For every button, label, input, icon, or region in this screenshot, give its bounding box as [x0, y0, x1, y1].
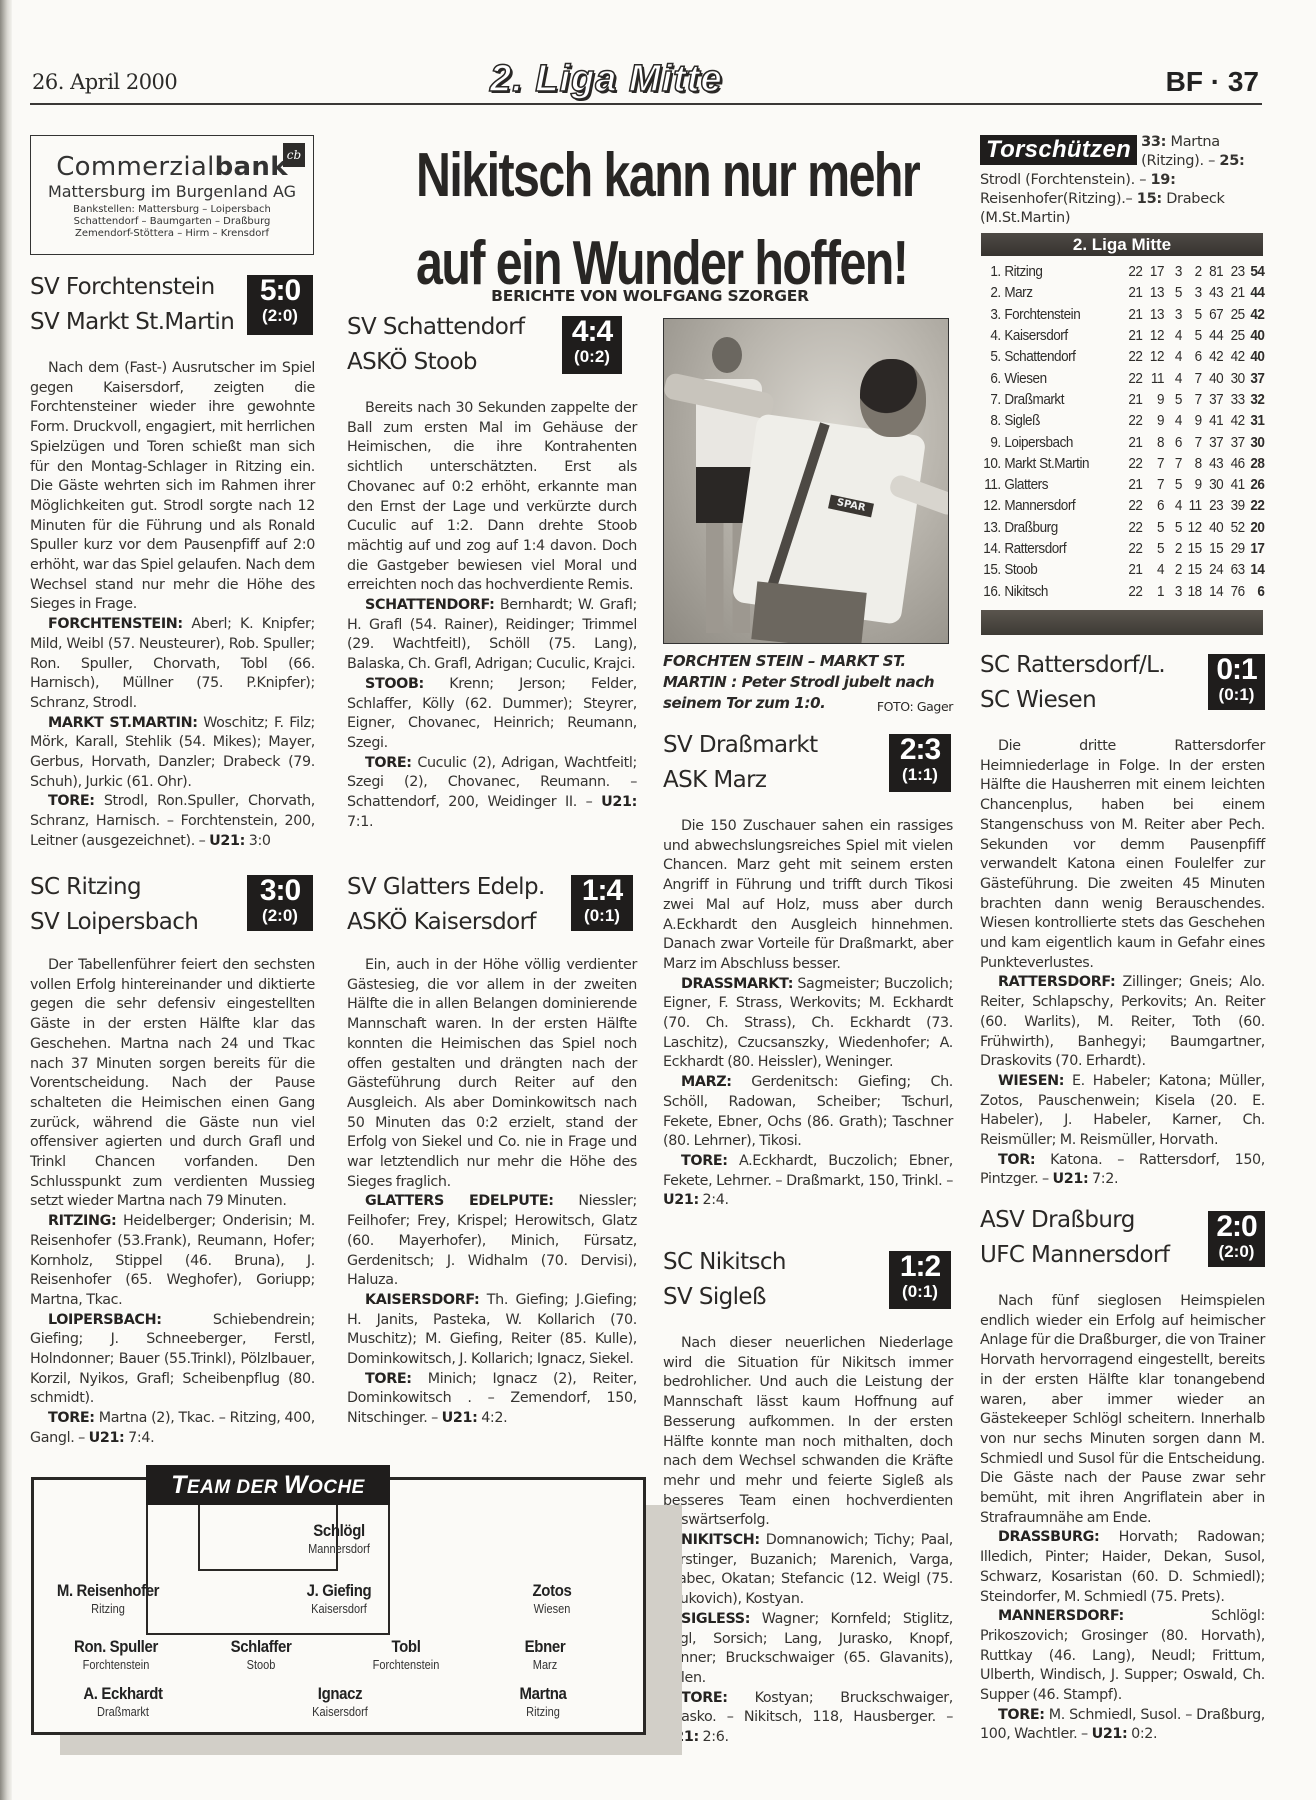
standings-cell-d: 4: [1164, 327, 1182, 344]
standings-cell-pts: 17: [1245, 540, 1265, 557]
table-row: 5.Schattendorf221246424240: [981, 346, 1265, 367]
match-report: Nach fünf sieglosen Heimspielen endlich …: [980, 1292, 1265, 1745]
standings-cell-gp: 22: [1121, 455, 1143, 472]
sponsor-name: Commerzialbank: [31, 152, 313, 182]
standings-cell-gp: 21: [1121, 306, 1143, 323]
standings-cell-ga: 39: [1223, 497, 1245, 514]
standings-cell-gp: 22: [1121, 583, 1143, 600]
standings-cell-d: 2: [1164, 540, 1182, 557]
standings-cell-gf: 14: [1202, 583, 1224, 600]
player-midfielder: EbnerMarz: [465, 1636, 625, 1674]
standings-cell-team: Forchtenstein: [1001, 306, 1121, 323]
standings-cell-pos: 5.: [981, 348, 1001, 365]
standings-cell-ga: 30: [1223, 370, 1245, 387]
standings-cell-gp: 21: [1121, 327, 1143, 344]
score-box: 3:0(2:0): [247, 875, 313, 931]
standings-cell-gf: 43: [1202, 455, 1224, 472]
byline: BERICHTE VON WOLFGANG SZORGER: [350, 287, 950, 305]
standings-cell-team: Nikitsch: [1001, 583, 1121, 600]
standings-title: 2. Liga Mitte: [981, 233, 1263, 256]
standings-cell-l: 18: [1182, 583, 1202, 600]
standings-cell-ga: 42: [1223, 412, 1245, 429]
standings-cell-gf: 37: [1202, 391, 1224, 408]
table-row: 2.Marz211353432144: [981, 282, 1265, 303]
standings-cell-team: Ritzing: [1001, 263, 1121, 280]
standings-cell-gf: 41: [1202, 412, 1224, 429]
standings-cell-d: 6: [1164, 434, 1182, 451]
standings-cell-ga: 41: [1223, 476, 1245, 493]
match-report: Bereits nach 30 Sekunden zappelte der Ba…: [347, 399, 637, 832]
standings-cell-ga: 33: [1223, 391, 1245, 408]
team-of-week-title: TEAM DER WOCHE: [146, 1465, 390, 1505]
standings-cell-d: 4: [1164, 348, 1182, 365]
match-photo: SPAR: [663, 318, 949, 644]
standings-cell-pts: 37: [1245, 370, 1265, 387]
standings-cell-d: 4: [1164, 497, 1182, 514]
standings-cell-ga: 21: [1223, 284, 1245, 301]
standings-cell-team: Mannersdorf: [1001, 497, 1121, 514]
match-report: Der Tabellenführer feiert den sechsten v…: [30, 956, 315, 1449]
match-report: Nach dieser neuerlichen Niederlage wird …: [663, 1334, 953, 1748]
match-header: SV ForchtensteinSV Markt St.Martin 5:0(2…: [30, 270, 315, 340]
standings-cell-w: 5: [1142, 540, 1164, 557]
standings-cell-team: Draßmarkt: [1001, 391, 1121, 408]
standings-cell-w: 13: [1142, 306, 1164, 323]
standings-cell-d: 3: [1164, 583, 1182, 600]
match-header: SC NikitschSV Sigleß 1:2(0:1): [663, 1245, 953, 1315]
standings-cell-d: 4: [1164, 412, 1182, 429]
issue-date: 26. April 2000: [32, 70, 177, 94]
standings-cell-gp: 21: [1121, 284, 1143, 301]
standings-cell-l: 6: [1182, 348, 1202, 365]
standings-cell-l: 9: [1182, 412, 1202, 429]
standings-cell-pts: 22: [1245, 497, 1265, 514]
standings-cell-pts: 32: [1245, 391, 1265, 408]
player-defender: M. ReisenhoferRitzing: [28, 1580, 188, 1618]
standings-cell-gp: 22: [1121, 370, 1143, 387]
standings-cell-l: 7: [1182, 434, 1202, 451]
score-box: 1:2(0:1): [889, 1251, 951, 1309]
standings-cell-w: 17: [1142, 263, 1164, 280]
standings-cell-w: 13: [1142, 284, 1164, 301]
match-report: Nach dem (Fast-) Ausrutscher im Spiel ge…: [30, 359, 315, 852]
table-row: 1.Ritzing221732812354: [981, 261, 1265, 282]
match-report: Die 150 Zuschauer sahen ein rassiges und…: [663, 817, 953, 1211]
score-box: 2:3(1:1): [889, 734, 951, 792]
standings-cell-ga: 23: [1223, 263, 1245, 280]
standings-cell-d: 3: [1164, 263, 1182, 280]
standings-footer-bar: [981, 610, 1263, 635]
standings-cell-team: Markt St.Martin: [1001, 455, 1121, 472]
match-header: SV SchattendorfASKÖ Stoob 4:4(0:2): [347, 310, 637, 380]
table-row: 4.Kaisersdorf211245442540: [981, 325, 1265, 346]
standings-cell-pts: 44: [1245, 284, 1265, 301]
standings-cell-w: 7: [1142, 476, 1164, 493]
table-row: 10.Markt St.Martin22778434628: [981, 453, 1265, 474]
standings-cell-team: Schattendorf: [1001, 348, 1121, 365]
standings-cell-w: 12: [1142, 348, 1164, 365]
standings-cell-pts: 42: [1245, 306, 1265, 323]
player-midfielder: SchlafferStoob: [181, 1636, 341, 1674]
table-row: 3.Forchtenstein211335672542: [981, 304, 1265, 325]
match-header: SV Glatters Edelp.ASKÖ Kaisersdorf 1:4(0…: [347, 870, 637, 940]
standings-cell-l: 2: [1182, 263, 1202, 280]
standings-cell-w: 9: [1142, 391, 1164, 408]
standings-cell-d: 4: [1164, 370, 1182, 387]
standings-cell-pts: 26: [1245, 476, 1265, 493]
player-midfielder: ToblForchtenstein: [326, 1636, 486, 1674]
sponsor-ad: cb Commerzialbank Mattersburg im Burgenl…: [30, 135, 314, 255]
standings-cell-pos: 3.: [981, 306, 1001, 323]
standings-cell-pts: 40: [1245, 348, 1265, 365]
top-scorers: Torschützen 33: Martna (Ritzing). – 25: …: [980, 133, 1264, 228]
standings-cell-d: 3: [1164, 306, 1182, 323]
standings-cell-w: 1: [1142, 583, 1164, 600]
standings-cell-pos: 6.: [981, 370, 1001, 387]
standings-cell-gp: 22: [1121, 519, 1143, 536]
standings-cell-ga: 25: [1223, 306, 1245, 323]
table-row: 15.Stoob214215246314: [981, 559, 1265, 580]
match-report: Die dritte Rattersdorfer Heimniederlage …: [980, 737, 1265, 1190]
player-midfielder: Ron. SpullerForchtenstein: [36, 1636, 196, 1674]
standings-cell-team: Stoob: [1001, 561, 1121, 578]
standings-table: 1.Ritzing2217328123542.Marz2113534321443…: [981, 261, 1265, 602]
table-row: 13.Draßburg225512405220: [981, 517, 1265, 538]
standings-cell-ga: 63: [1223, 561, 1245, 578]
standings-cell-pts: 20: [1245, 519, 1265, 536]
standings-cell-team: Glatters: [1001, 476, 1121, 493]
standings-cell-pts: 28: [1245, 455, 1265, 472]
standings-cell-gf: 40: [1202, 519, 1224, 536]
standings-cell-l: 3: [1182, 284, 1202, 301]
standings-cell-gf: 43: [1202, 284, 1224, 301]
standings-cell-pos: 8.: [981, 412, 1001, 429]
page-number: BF · 37: [1166, 66, 1259, 98]
player-forward: MartnaRitzing: [463, 1683, 623, 1721]
standings-cell-gp: 22: [1121, 263, 1143, 280]
standings-cell-w: 4: [1142, 561, 1164, 578]
standings-cell-gp: 21: [1121, 434, 1143, 451]
standings-cell-pos: 15.: [981, 561, 1001, 578]
standings-cell-ga: 52: [1223, 519, 1245, 536]
standings-cell-pos: 9.: [981, 434, 1001, 451]
standings-cell-l: 11: [1182, 497, 1202, 514]
table-row: 11.Glatters21759304126: [981, 474, 1265, 495]
table-row: 6.Wiesen221147403037: [981, 367, 1265, 388]
player-forward: A. EckhardtDraßmarkt: [43, 1683, 203, 1721]
match-header: SC RitzingSV Loipersbach 3:0(2:0): [30, 870, 315, 940]
table-row: 14.Rattersdorf225215152917: [981, 538, 1265, 559]
standings-cell-team: Marz: [1001, 284, 1121, 301]
table-row: 12.Mannersdorf226411233922: [981, 495, 1265, 516]
standings-cell-l: 15: [1182, 540, 1202, 557]
standings-cell-l: 5: [1182, 327, 1202, 344]
table-row: 8.Sigleß22949414231: [981, 410, 1265, 431]
table-row: 7.Draßmarkt21957373332: [981, 389, 1265, 410]
standings-cell-gf: 44: [1202, 327, 1224, 344]
page-scan-edge: [0, 0, 12, 1800]
sponsor-branches: Bankstellen: Mattersburg – Loipersbach S…: [31, 204, 313, 240]
table-row: 9.Loipersbach21867373730: [981, 431, 1265, 452]
bank-logo-icon: cb: [283, 143, 305, 167]
standings-cell-pos: 16.: [981, 583, 1001, 600]
score-box: 0:1(0:1): [1208, 654, 1265, 710]
standings-cell-ga: 37: [1223, 434, 1245, 451]
photo-credit: FOTO: Gager: [877, 696, 953, 717]
header-rule: [30, 103, 1262, 105]
match-header: ASV DraßburgUFC Mannersdorf 2:0(2:0): [980, 1203, 1265, 1273]
standings-cell-pos: 2.: [981, 284, 1001, 301]
standings-cell-ga: 46: [1223, 455, 1245, 472]
standings-cell-pos: 10.: [981, 455, 1001, 472]
standings-cell-d: 5: [1164, 476, 1182, 493]
standings-cell-pts: 31: [1245, 412, 1265, 429]
player-defender: J. GiefingKaisersdorf: [259, 1580, 419, 1618]
standings-cell-d: 7: [1164, 455, 1182, 472]
standings-cell-team: Kaisersdorf: [1001, 327, 1121, 344]
standings-cell-pos: 7.: [981, 391, 1001, 408]
standings-cell-pos: 4.: [981, 327, 1001, 344]
standings-cell-l: 15: [1182, 561, 1202, 578]
standings-cell-ga: 42: [1223, 348, 1245, 365]
standings-cell-gf: 40: [1202, 370, 1224, 387]
main-headline: Nikitsch kann nur mehr auf ein Wunder ho…: [416, 132, 884, 308]
player-defender: ZotosWiesen: [472, 1580, 632, 1618]
standings-cell-team: Draßburg: [1001, 519, 1121, 536]
standings-cell-pos: 14.: [981, 540, 1001, 557]
standings-cell-gp: 21: [1121, 391, 1143, 408]
score-box: 2:0(2:0): [1208, 1211, 1265, 1267]
standings-cell-d: 5: [1164, 519, 1182, 536]
standings-cell-l: 9: [1182, 476, 1202, 493]
section-title: 2. Liga Mitte: [490, 58, 723, 101]
top-scorers-title: Torschützen: [980, 135, 1137, 165]
standings-cell-w: 9: [1142, 412, 1164, 429]
standings-cell-ga: 76: [1223, 583, 1245, 600]
photo-background-player: [712, 337, 742, 373]
standings-cell-l: 12: [1182, 519, 1202, 536]
standings-cell-gp: 22: [1121, 348, 1143, 365]
match-header: SC Rattersdorf/L.SC Wiesen 0:1(0:1): [980, 648, 1265, 718]
standings-cell-gf: 23: [1202, 497, 1224, 514]
standings-cell-pos: 1.: [981, 263, 1001, 280]
standings-cell-l: 8: [1182, 455, 1202, 472]
standings-cell-w: 7: [1142, 455, 1164, 472]
standings-cell-w: 5: [1142, 519, 1164, 536]
standings-cell-team: Rattersdorf: [1001, 540, 1121, 557]
standings-cell-team: Wiesen: [1001, 370, 1121, 387]
standings-cell-team: Loipersbach: [1001, 434, 1121, 451]
score-box: 5:0(2:0): [247, 275, 313, 335]
standings-cell-w: 11: [1142, 370, 1164, 387]
standings-cell-w: 8: [1142, 434, 1164, 451]
standings-cell-pos: 12.: [981, 497, 1001, 514]
standings-cell-gp: 22: [1121, 497, 1143, 514]
standings-cell-d: 5: [1164, 391, 1182, 408]
standings-cell-pos: 11.: [981, 476, 1001, 493]
standings-cell-l: 5: [1182, 306, 1202, 323]
standings-cell-l: 7: [1182, 391, 1202, 408]
standings-cell-ga: 29: [1223, 540, 1245, 557]
standings-cell-pts: 30: [1245, 434, 1265, 451]
standings-cell-gp: 21: [1121, 476, 1143, 493]
match-header: SV DraßmarktASK Marz 2:3(1:1): [663, 728, 953, 798]
standings-cell-gf: 81: [1202, 263, 1224, 280]
standings-cell-d: 5: [1164, 284, 1182, 301]
standings-cell-gf: 67: [1202, 306, 1224, 323]
sponsor-subtitle: Mattersburg im Burgenland AG: [31, 182, 313, 201]
standings-cell-pts: 6: [1245, 583, 1265, 600]
standings-cell-gf: 37: [1202, 434, 1224, 451]
standings-cell-pts: 14: [1245, 561, 1265, 578]
standings-cell-gp: 22: [1121, 540, 1143, 557]
standings-cell-gf: 24: [1202, 561, 1224, 578]
standings-cell-gp: 21: [1121, 561, 1143, 578]
standings-cell-pos: 13.: [981, 519, 1001, 536]
standings-cell-w: 6: [1142, 497, 1164, 514]
player-forward: IgnaczKaisersdorf: [260, 1683, 420, 1721]
score-box: 4:4(0:2): [562, 316, 622, 374]
standings-cell-l: 7: [1182, 370, 1202, 387]
standings-cell-w: 12: [1142, 327, 1164, 344]
photo-caption: FORCHTEN STEIN – MARKT ST. MARTIN : Pete…: [663, 651, 953, 717]
standings-cell-pts: 40: [1245, 327, 1265, 344]
standings-cell-ga: 25: [1223, 327, 1245, 344]
standings-cell-pts: 54: [1245, 263, 1265, 280]
standings-cell-team: Sigleß: [1001, 412, 1121, 429]
score-box: 1:4(0:1): [571, 875, 633, 931]
standings-cell-gf: 15: [1202, 540, 1224, 557]
table-row: 16.Nikitsch22131814766: [981, 580, 1265, 601]
standings-cell-gf: 30: [1202, 476, 1224, 493]
player-goalkeeper: SchlöglMannersdorf: [259, 1520, 419, 1558]
match-report: Ein, auch in der Höhe völlig verdienter …: [347, 956, 637, 1429]
standings-cell-d: 2: [1164, 561, 1182, 578]
standings-cell-gp: 22: [1121, 412, 1143, 429]
standings-cell-gf: 42: [1202, 348, 1224, 365]
